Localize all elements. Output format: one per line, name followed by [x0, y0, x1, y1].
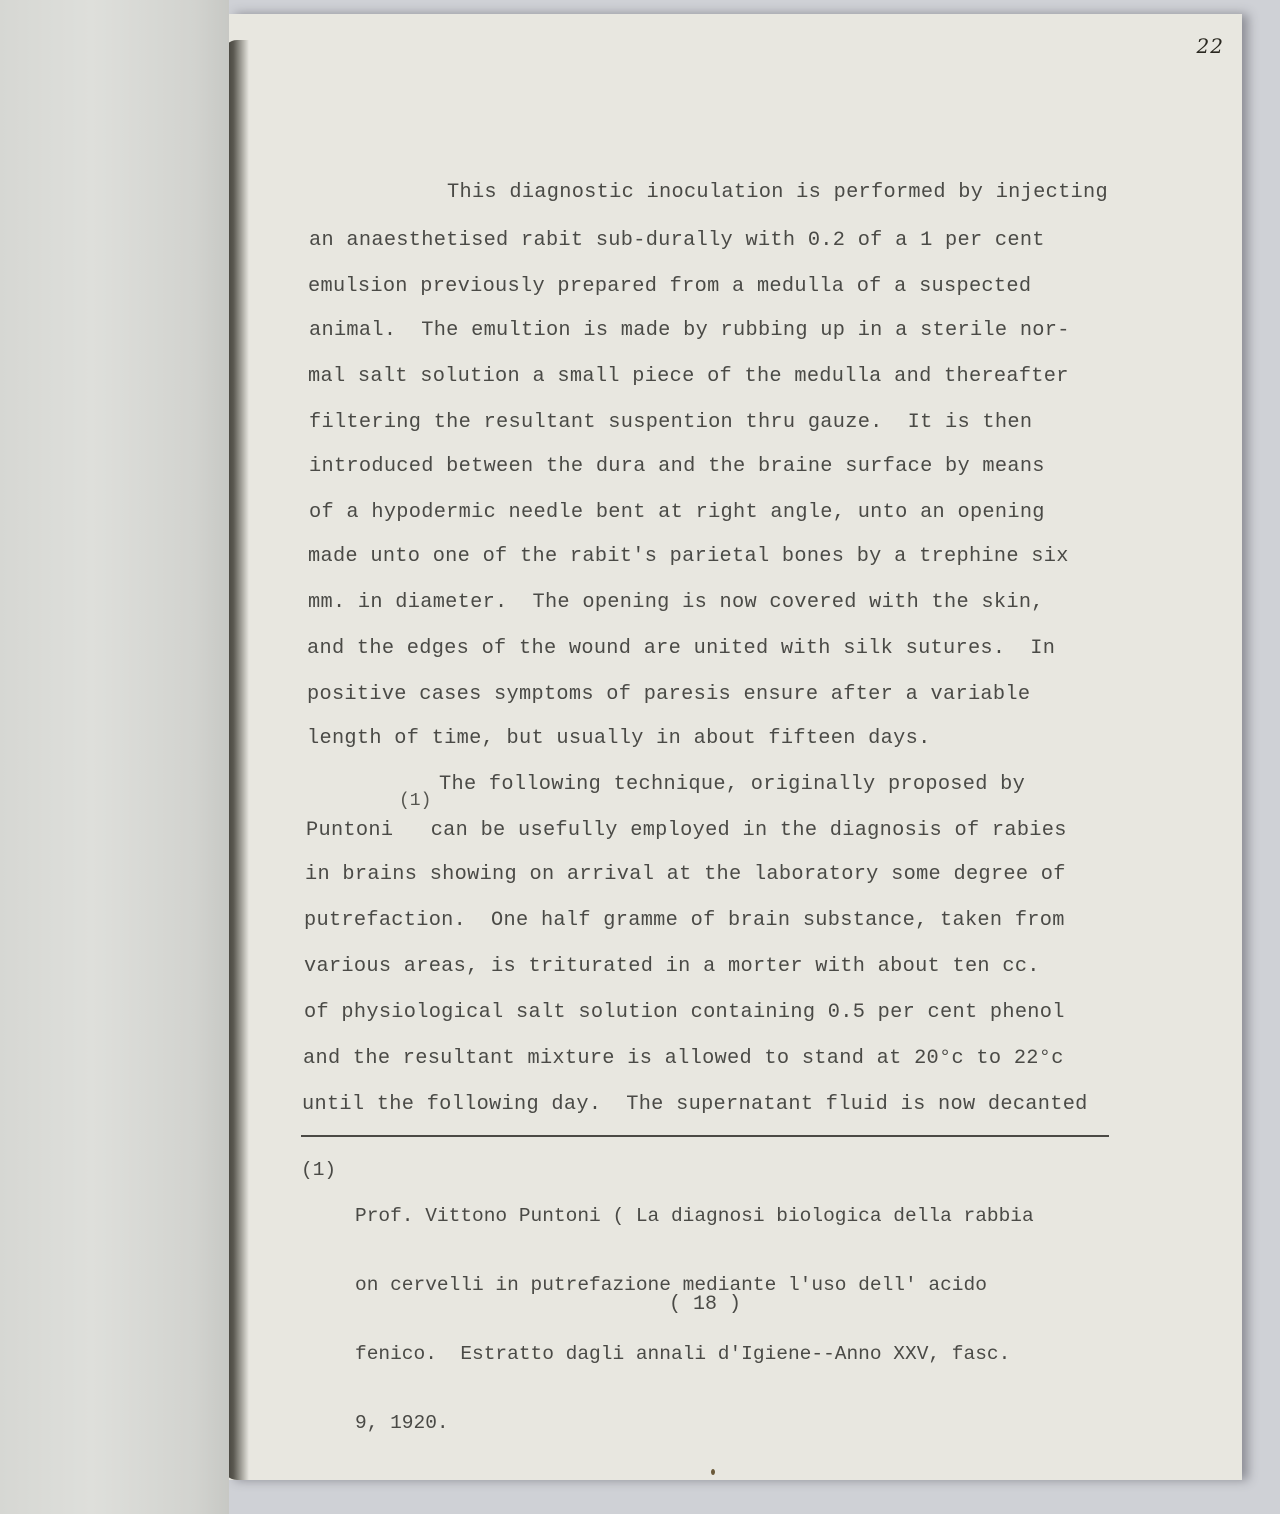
- body-line: an anaesthetised rabit sub-durally with …: [309, 229, 1045, 252]
- paper-speck: [711, 1469, 715, 1475]
- body-line: made unto one of the rabit's parietal bo…: [308, 545, 1069, 568]
- body-line: Puntoni can be usefully employed in the …: [306, 819, 1067, 842]
- footnote-reference-marker: (1): [399, 791, 431, 811]
- body-line: This diagnostic inoculation is performed…: [447, 181, 1108, 204]
- body-line: emulsion previously prepared from a medu…: [308, 275, 1031, 298]
- body-line: filtering the resultant suspention thru …: [309, 411, 1032, 434]
- handwritten-page-number: 22: [1197, 34, 1224, 58]
- body-line: The following technique, originally prop…: [439, 773, 1025, 796]
- footnote-divider: [301, 1135, 1109, 1137]
- footnote: (1) Prof. Vittono Puntoni ( La diagnosi …: [301, 1159, 348, 1251]
- body-line: until the following day. The supernatant…: [302, 1093, 1088, 1116]
- footnote-line: Prof. Vittono Puntoni ( La diagnosi biol…: [355, 1205, 1034, 1228]
- body-line: mal salt solution a small piece of the m…: [308, 365, 1069, 388]
- footnote-text: Prof. Vittono Puntoni ( La diagnosi biol…: [355, 1159, 1034, 1481]
- body-line: of physiological salt solution containin…: [304, 1001, 1065, 1024]
- footnote-line: 9, 1920.: [355, 1412, 1034, 1435]
- body-line: putrefaction. One half gramme of brain s…: [304, 909, 1065, 932]
- body-line: mm. in diameter. The opening is now cove…: [308, 591, 1044, 614]
- body-line: in brains showing on arrival at the labo…: [305, 863, 1066, 886]
- body-line: positive cases symptoms of paresis ensur…: [307, 683, 1030, 706]
- footnote-line: fenico. Estratto dagli annali d'Igiene--…: [355, 1343, 1034, 1366]
- typed-page-number: ( 18 ): [669, 1293, 741, 1316]
- body-line: of a hypodermic needle bent at right ang…: [309, 501, 1045, 524]
- body-line: length of time, but usually in about fif…: [307, 727, 931, 750]
- body-line: and the edges of the wound are united wi…: [307, 637, 1055, 660]
- show-through-text: [0, 100, 229, 1000]
- document-page: 22 This diagnostic inoculation is perfor…: [229, 14, 1242, 1480]
- body-line: various areas, is triturated in a morter…: [304, 955, 1040, 978]
- facing-left-page: [0, 0, 229, 1514]
- body-line: animal. The emultion is made by rubbing …: [309, 319, 1070, 342]
- body-line: introduced between the dura and the brai…: [309, 455, 1045, 478]
- footnote-number: (1): [301, 1159, 336, 1182]
- body-line: and the resultant mixture is allowed to …: [303, 1047, 1064, 1070]
